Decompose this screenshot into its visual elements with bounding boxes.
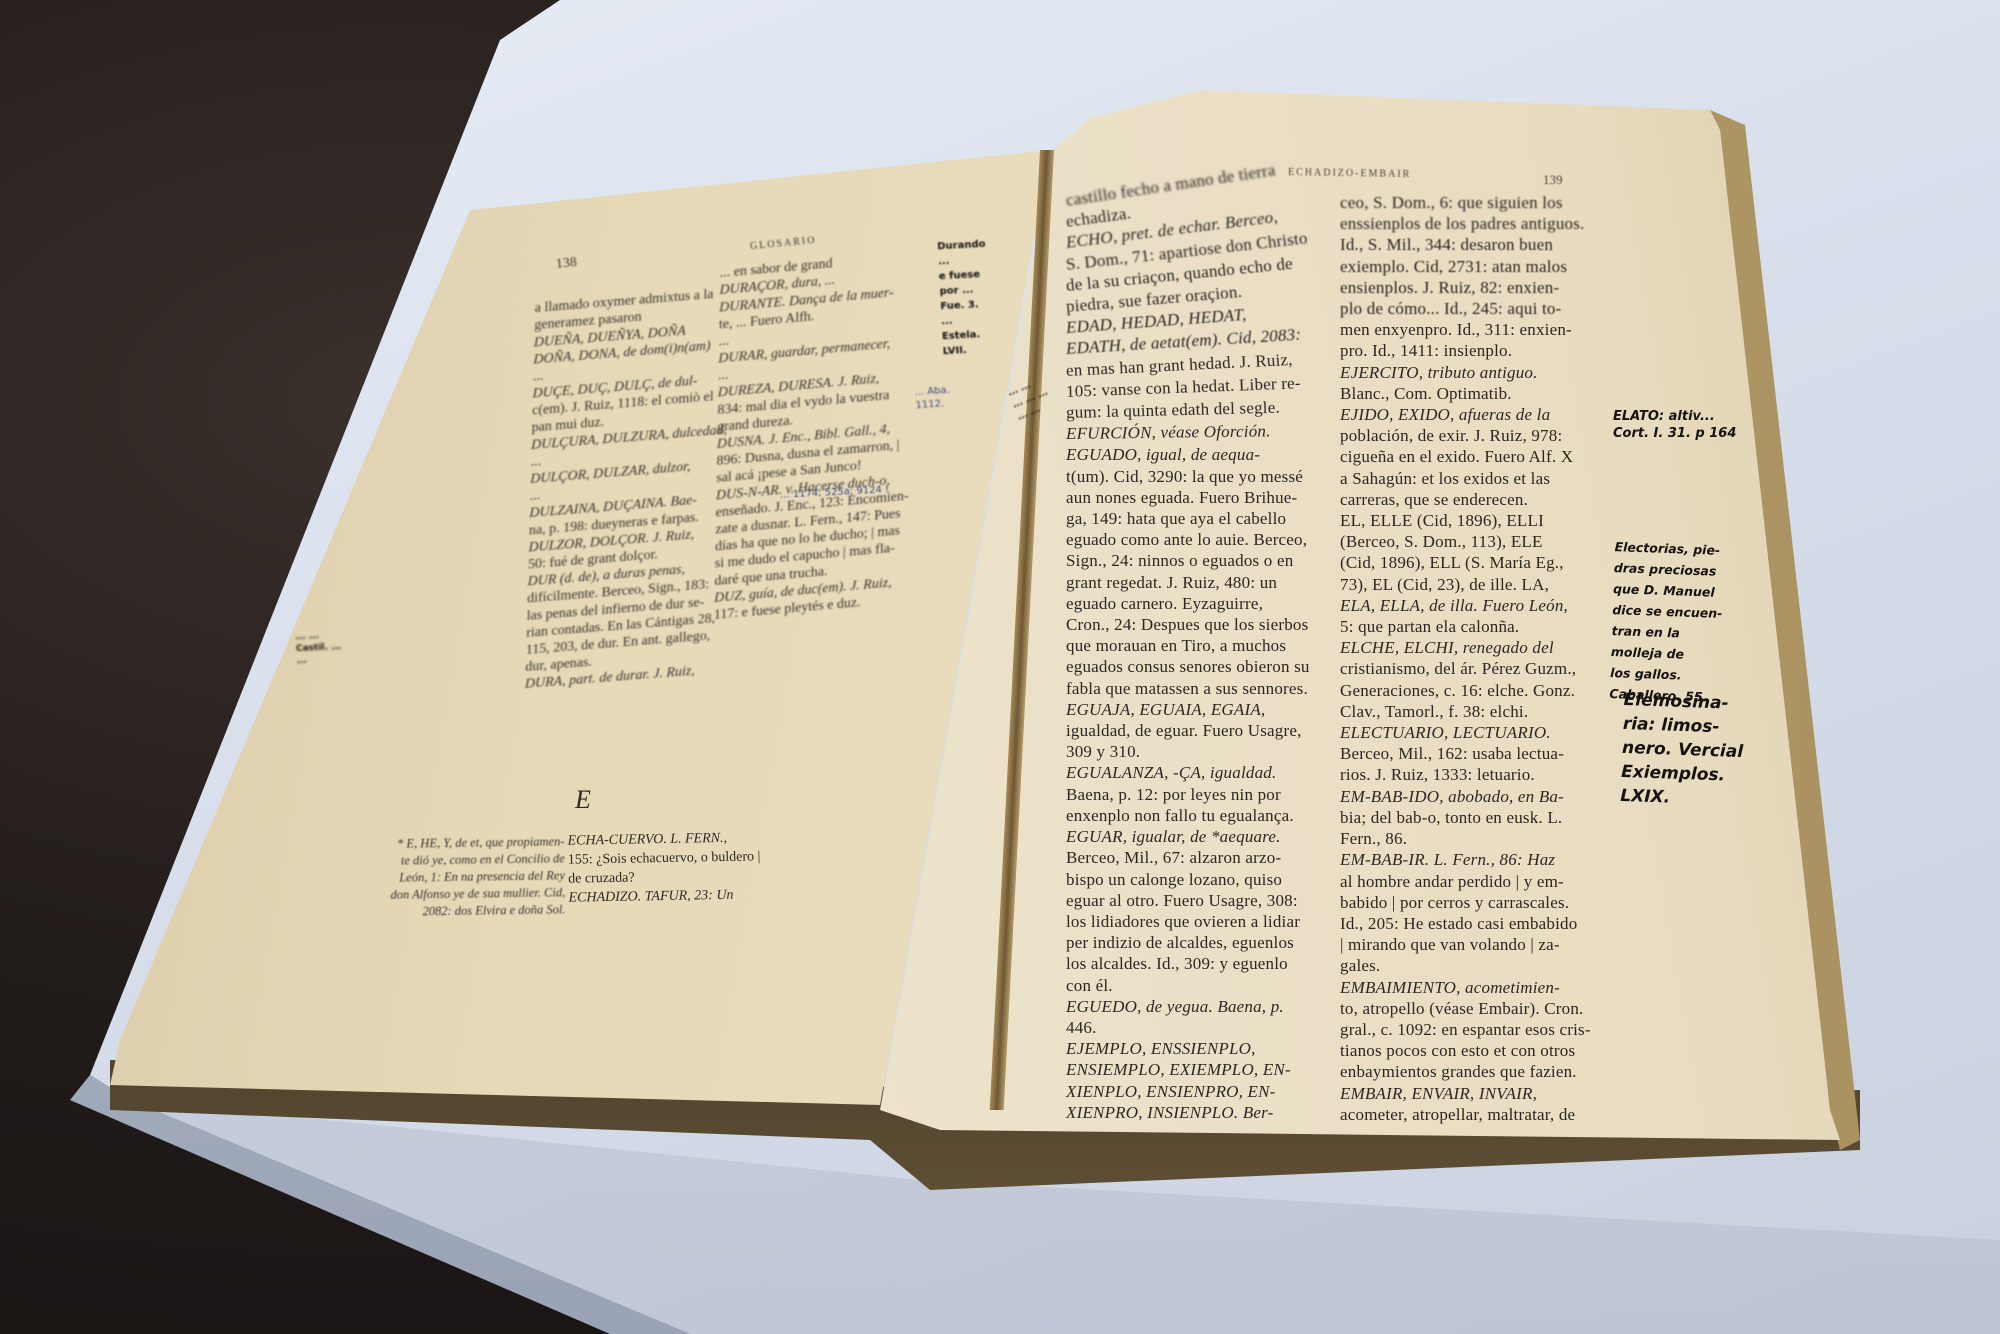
annotation-elemosina: Elemosina-ria: limos-nero. VercialExiemp… [1620, 688, 1745, 812]
annotation-blue-1: ... Aba.1112. [914, 384, 951, 412]
text-line: 309 y 310. [1066, 741, 1336, 762]
text-line: ECHADIZO. TAFUR, 23: Un [568, 885, 761, 907]
text-line: men enxyenpro. Id., 311: enxien- [1340, 319, 1630, 340]
text-line: Fern., 86. [1340, 828, 1630, 849]
right-page-number: 139 [1543, 172, 1563, 188]
text-line: carreras, que se enderecen. [1340, 489, 1630, 510]
text-line: Cron., 24: Despues que los sierbos [1066, 614, 1336, 635]
text-line: plo de cómo... Id., 245: aqui to- [1340, 298, 1630, 319]
text-line: los alcaldes. Id., 309: y eguenlo [1066, 953, 1336, 974]
text-line: población, de exir. J. Ruiz, 978: [1340, 425, 1630, 446]
entries-echa: ECHA-CUERVO. L. FERN.,155: ¿Sois echacue… [567, 828, 761, 907]
text-line: Clav., Tamorl., f. 38: elchi. [1340, 701, 1630, 722]
handwriting-line: ELATO: altiv... [1613, 408, 1736, 425]
text-line: babido | por cerros y carrascales. [1340, 892, 1630, 913]
text-line: | mirando que van volando | za- [1340, 934, 1630, 955]
text-line: eguar al otro. Fuero Usagre, 308: [1066, 890, 1336, 911]
annotation-electorias: Electorias, pie-dras preciosasque D. Man… [1609, 536, 1725, 708]
left-page-number: 138 [555, 255, 577, 272]
text-line: XIENPLO, ENSIENPRO, EN- [1066, 1081, 1336, 1102]
text-line: per indizio de alcaldes, eguenlos [1066, 932, 1336, 953]
text-line: eguados consus senores obieron su [1066, 656, 1336, 677]
text-line: EGUAJA, EGUAIA, EGAIA, [1066, 699, 1336, 720]
text-line: Sign., 24: ninnos o eguados o en [1066, 550, 1336, 571]
text-line: los lidiadores que ovieren a lidiar [1066, 911, 1336, 932]
text-line: EJEMPLO, ENSSIENPLO, [1066, 1038, 1336, 1059]
text-line: exiemplo. Cid, 2731: atan malos [1340, 256, 1630, 277]
text-line: enbaymientos grandes que fazien. [1340, 1061, 1630, 1082]
text-line: EL, ELLE (Cid, 1896), ELLI [1340, 510, 1630, 531]
text-line: que morauan en Tiro, a muchos [1066, 635, 1336, 656]
text-line: EGUALANZA, -ÇA, igualdad. [1066, 762, 1336, 783]
text-line: enssienplos de los padres antiguos. [1340, 213, 1630, 234]
text-line: EMBAIMIENTO, acometimien- [1340, 977, 1630, 998]
text-line: Blanc., Com. Optimatib. [1340, 383, 1630, 404]
text-line: ENSIEMPLO, EXIEMPLO, EN- [1066, 1059, 1336, 1080]
text-line: bispo un calonge lozano, quiso [1066, 869, 1336, 890]
text-line: eguado como ante lo auie. Berceo, [1066, 529, 1336, 550]
text-line: igualdad, de eguar. Fuero Usagre, [1066, 720, 1336, 741]
handwriting-line: LXIX. [1620, 784, 1742, 812]
text-line: pro. Id., 1411: insienplo. [1340, 340, 1630, 361]
text-line: EFURCIÓN, véase Oforción. [1066, 420, 1336, 445]
text-line: a Sahagún: et los exidos et las [1340, 468, 1630, 489]
text-line: al hombre andar perdido | y em- [1340, 871, 1630, 892]
text-line: (Cid, 1896), ELL (S. María Eg., [1340, 552, 1630, 573]
text-line: t(um). Cid, 3290: la que yo messé [1066, 466, 1336, 487]
handwriting-line: Cort. I. 31. p 164 [1613, 425, 1736, 442]
text-line: rios. J. Ruiz, 1333: letuario. [1340, 764, 1630, 785]
right-page-column-2: ceo, S. Dom., 6: que siguien losenssienp… [1340, 192, 1630, 1125]
annotation-left-margin: ... ...Castil. ...... [295, 629, 342, 667]
text-line: enxenplo non fallo tu egualança. [1066, 805, 1336, 826]
text-line: cigueña en el exido. Fuero Alf. X [1340, 446, 1630, 467]
text-line: con él. [1066, 975, 1336, 996]
text-line: 73), EL (Cid, 23), de ille. LA, [1340, 574, 1630, 595]
text-line: EJIDO, EXIDO, afueras de la [1340, 404, 1630, 425]
text-line: XIENPRO, INSIENPLO. Ber- [1066, 1102, 1336, 1123]
text-line: ELECTUARIO, LECTUARIO. [1340, 722, 1630, 743]
text-line: EGUAR, igualar, de *aequare. [1066, 826, 1336, 847]
text-line: (Berceo, S. Dom., 113), ELE [1340, 531, 1630, 552]
text-line: eguado carnero. Eyzaguirre, [1066, 593, 1336, 614]
text-line: cristianismo, del ár. Pérez Guzm., [1340, 658, 1630, 679]
text-line: ga, 149: hata que aya el cabello [1066, 508, 1336, 529]
text-line: EM-BAB-IDO, abobado, en Ba- [1340, 786, 1630, 807]
text-line: ensienplos. J. Ruiz, 82: enxien- [1340, 277, 1630, 298]
text-line: gral., c. 1092: en espantar esos cris- [1340, 1019, 1630, 1040]
text-line: acometer, atropellar, maltratar, de [1340, 1104, 1630, 1125]
text-line: ELCHE, ELCHI, renegado del [1340, 637, 1630, 658]
section-letter-e: E [575, 785, 591, 815]
text-line: to, atropello (véase Embair). Cron. [1340, 998, 1630, 1019]
text-line: EGUEDO, de yegua. Baena, p. [1066, 996, 1336, 1017]
text-line: EMBAIR, ENVAIR, INVAIR, [1340, 1083, 1630, 1104]
text-line: Generaciones, c. 16: elche. Gonz. [1340, 680, 1630, 701]
text-line: Id., 205: He estado casi embabido [1340, 913, 1630, 934]
text-line: fabla que matassen a sus sennores. [1066, 678, 1336, 699]
text-line: gales. [1340, 955, 1630, 976]
right-page-column-1: castillo fecho a mano de tierraechadiza.… [1066, 190, 1336, 1123]
text-line: EGUADO, igual, de aequa- [1066, 444, 1336, 465]
text-line: 2082: dos Elvira e doña Sol. [325, 901, 565, 921]
text-line: ceo, S. Dom., 6: que siguien los [1340, 192, 1630, 213]
annotation-elato: ELATO: altiv...Cort. I. 31. p 164 [1613, 408, 1736, 442]
text-line: EM-BAB-IR. L. Fern., 86: Haz [1340, 849, 1630, 870]
text-line: bia; del bab-o, tonto en eusk. L. [1340, 807, 1630, 828]
text-line: EJERCITO, tributo antiguo. [1340, 362, 1630, 383]
text-line: tianos pocos con esto et con otros [1340, 1040, 1630, 1061]
left-page-column-2: ... en sabor de grandDURAÇOR, dura, ...D… [714, 245, 949, 624]
text-line: grant regedat. J. Ruiz, 480: un [1066, 572, 1336, 593]
annotation-durando: Durando...e fuesepor ...Fue. 3....Estela… [937, 237, 991, 359]
text-line: ELA, ELLA, de illa. Fuero León, [1340, 595, 1630, 616]
text-line: Berceo, Mil., 162: usaba lectua- [1340, 743, 1630, 764]
text-line: Berceo, Mil., 67: alzaron arzo- [1066, 847, 1336, 868]
left-page-column-1: a llamado oxymer admixtus a lageneramez … [525, 284, 745, 693]
text-line: Id., S. Mil., 344: desaron buen [1340, 234, 1630, 255]
text-line: 155: ¿Sois echacuervo, o buldero | [568, 847, 761, 869]
footnote: * E, HE, Y, de et, que propiamen-te dió … [324, 833, 565, 921]
text-line: Baena, p. 12: por leyes nin por [1066, 784, 1336, 805]
text-line: 446. [1066, 1017, 1336, 1038]
text-line: 5: que partan ela calonña. [1340, 616, 1630, 637]
left-running-head: GLOSARIO [750, 235, 817, 252]
text-line: aun nones eguada. Fuero Brihue- [1066, 487, 1336, 508]
